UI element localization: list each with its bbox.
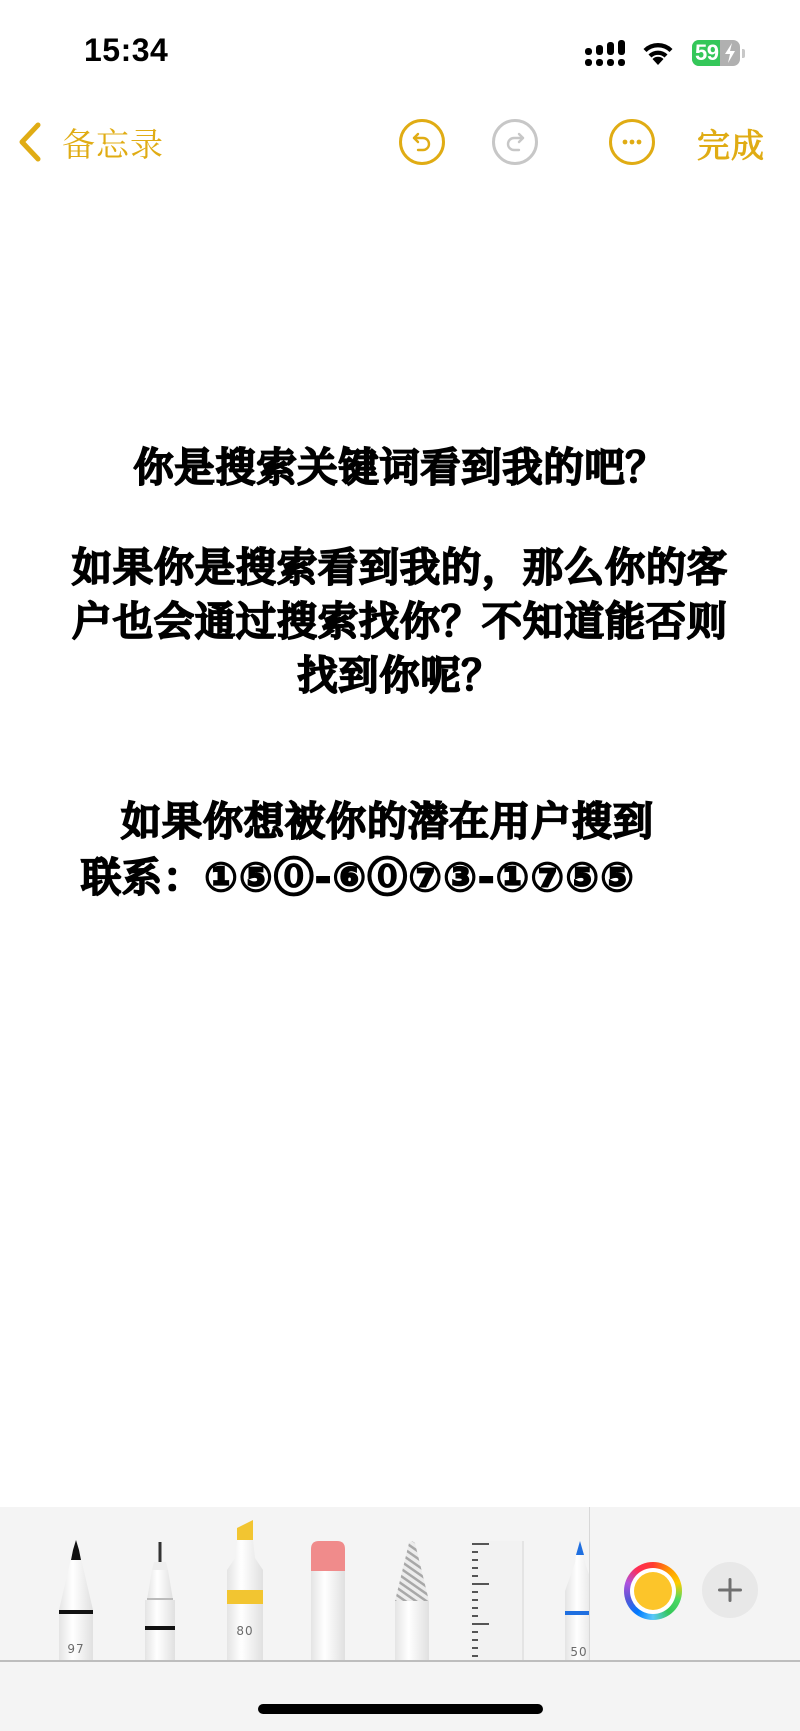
- more-button[interactable]: [609, 119, 655, 165]
- tool-label: 97: [56, 1642, 96, 1656]
- tool-label: 80: [225, 1624, 265, 1638]
- marker-icon: [563, 1541, 589, 1661]
- tool-marker[interactable]: 50: [563, 1541, 589, 1661]
- tool-eraser[interactable]: [311, 1541, 345, 1661]
- toolbar-divider: [0, 1660, 800, 1662]
- redo-icon: [502, 129, 528, 155]
- add-button[interactable]: [702, 1562, 758, 1618]
- back-button[interactable]: 备忘录: [14, 118, 164, 166]
- tool-fineliner[interactable]: [143, 1540, 177, 1661]
- note-line: 联系：①⑤⓪-⑥⓪⑦③-①⑦⑤⑤: [81, 854, 800, 902]
- wifi-icon: [641, 38, 675, 66]
- charging-bolt-icon: [724, 43, 736, 63]
- back-label: 备忘录: [62, 119, 164, 166]
- cellular-signal-icon: [585, 40, 627, 66]
- note-line: 找到你呢？: [0, 652, 800, 700]
- tool-ruler[interactable]: [470, 1541, 524, 1661]
- undo-button[interactable]: [399, 119, 445, 165]
- redo-button[interactable]: [492, 119, 538, 165]
- tool-pen[interactable]: 97: [59, 1538, 93, 1661]
- plus-icon: [716, 1576, 744, 1604]
- ellipsis-icon: [619, 129, 645, 155]
- fineliner-icon: [143, 1540, 177, 1661]
- done-button[interactable]: 完成: [697, 120, 765, 167]
- chevron-left-icon: [14, 120, 44, 164]
- pencil-icon: [395, 1541, 429, 1661]
- battery-cap: [742, 49, 745, 58]
- home-indicator[interactable]: [258, 1704, 543, 1714]
- color-picker-button[interactable]: [624, 1562, 682, 1620]
- note-line: 你是搜索关键词看到我的吧？: [0, 444, 800, 492]
- tool-label: 50: [563, 1645, 589, 1659]
- highlighter-icon: [227, 1520, 263, 1661]
- battery-percent: 59: [695, 40, 718, 66]
- undo-icon: [409, 129, 435, 155]
- note-line: 如果你想被你的潜在用户搜到: [121, 798, 800, 846]
- selected-color-swatch: [634, 1572, 672, 1610]
- ruler-icon: [470, 1541, 524, 1661]
- tool-highlighter[interactable]: 80: [227, 1520, 263, 1661]
- battery-icon: 59: [692, 40, 740, 66]
- note-line: 户也会通过搜索找你？不知道能否则: [0, 598, 800, 646]
- status-time: 15:34: [84, 32, 168, 69]
- toolbar-separator: [589, 1507, 590, 1661]
- note-line: 如果你是搜索看到我的，那么你的客: [0, 544, 800, 592]
- tool-pencil[interactable]: [395, 1541, 429, 1661]
- eraser-icon: [311, 1541, 345, 1661]
